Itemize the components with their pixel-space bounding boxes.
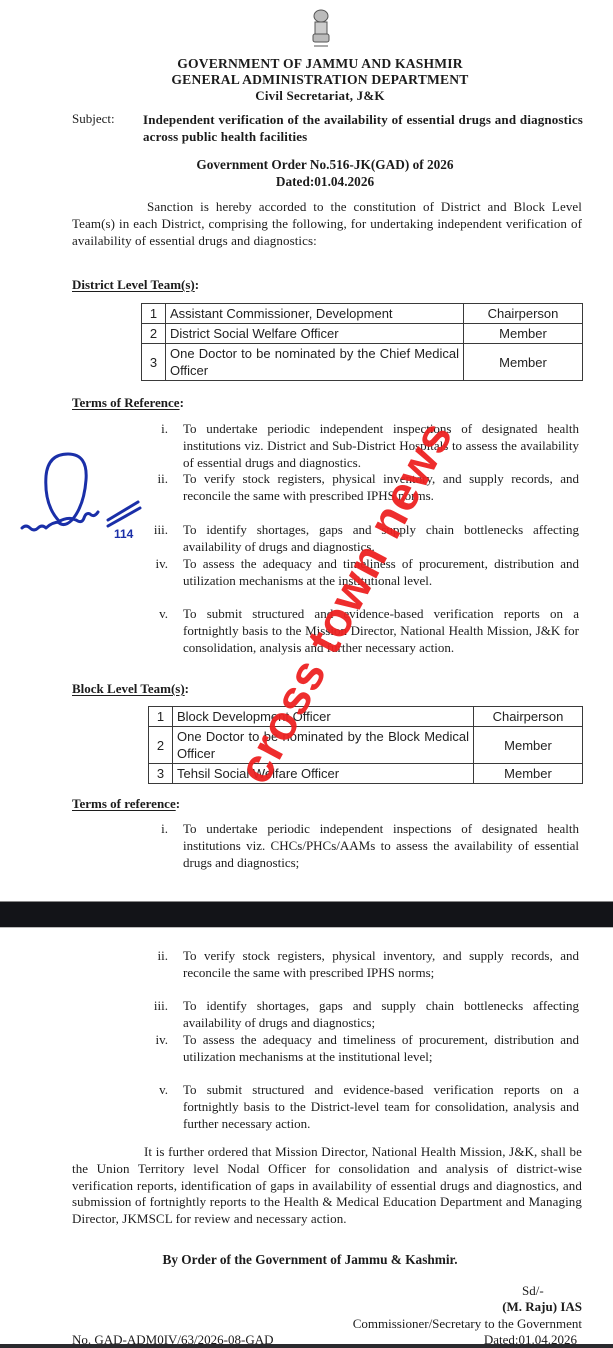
page-seam-band [0, 901, 613, 928]
table-row: 1 Block Development Officer Chairperson [149, 707, 583, 727]
by-order-line: By Order of the Government of Jammu & Ka… [0, 1252, 613, 1268]
table-row: 2 One Doctor to be nominated by the Bloc… [149, 727, 583, 764]
further-order-paragraph: It is further ordered that Mission Direc… [72, 1144, 582, 1228]
table-row: 3 One Doctor to be nominated by the Chie… [142, 344, 583, 381]
handwritten-signature-icon: 114 [10, 440, 150, 540]
handwritten-note: 114 [114, 527, 134, 540]
table-row: 1 Assistant Commissioner, Development Ch… [142, 304, 583, 324]
signatory-designation: Commissioner/Secretary to the Government [353, 1316, 582, 1332]
block-tor-heading: Terms of reference: [72, 796, 180, 812]
block-team-table: 1 Block Development Officer Chairperson … [148, 706, 583, 784]
header-office: Civil Secretariat, J&K [0, 88, 613, 104]
header-government: GOVERNMENT OF JAMMU AND KASHMIR [0, 56, 613, 72]
table-row: 3 Tehsil Social Welfare Officer Member [149, 764, 583, 784]
subject-text: Independent verification of the availabi… [143, 111, 583, 145]
subject-label: Subject: [72, 111, 115, 127]
block-team-heading: Block Level Team(s): [72, 681, 189, 697]
signatory-name: (M. Raju) IAS [502, 1299, 582, 1315]
district-tor-heading: Terms of Reference: [72, 395, 184, 411]
district-team-heading: District Level Team(s): [72, 277, 199, 293]
national-emblem-icon [310, 8, 332, 54]
intro-paragraph: Sanction is hereby accorded to the const… [72, 199, 582, 249]
signed-mark: Sd/- [522, 1283, 544, 1299]
order-number: Government Order No.516-JK(GAD) of 2026 [0, 156, 613, 173]
bottom-edge-band [0, 1344, 613, 1348]
district-team-table: 1 Assistant Commissioner, Development Ch… [141, 303, 583, 381]
table-row: 2 District Social Welfare Officer Member [142, 324, 583, 344]
order-date: Dated:01.04.2026 [0, 173, 613, 190]
header-department: GENERAL ADMINISTRATION DEPARTMENT [0, 72, 613, 88]
